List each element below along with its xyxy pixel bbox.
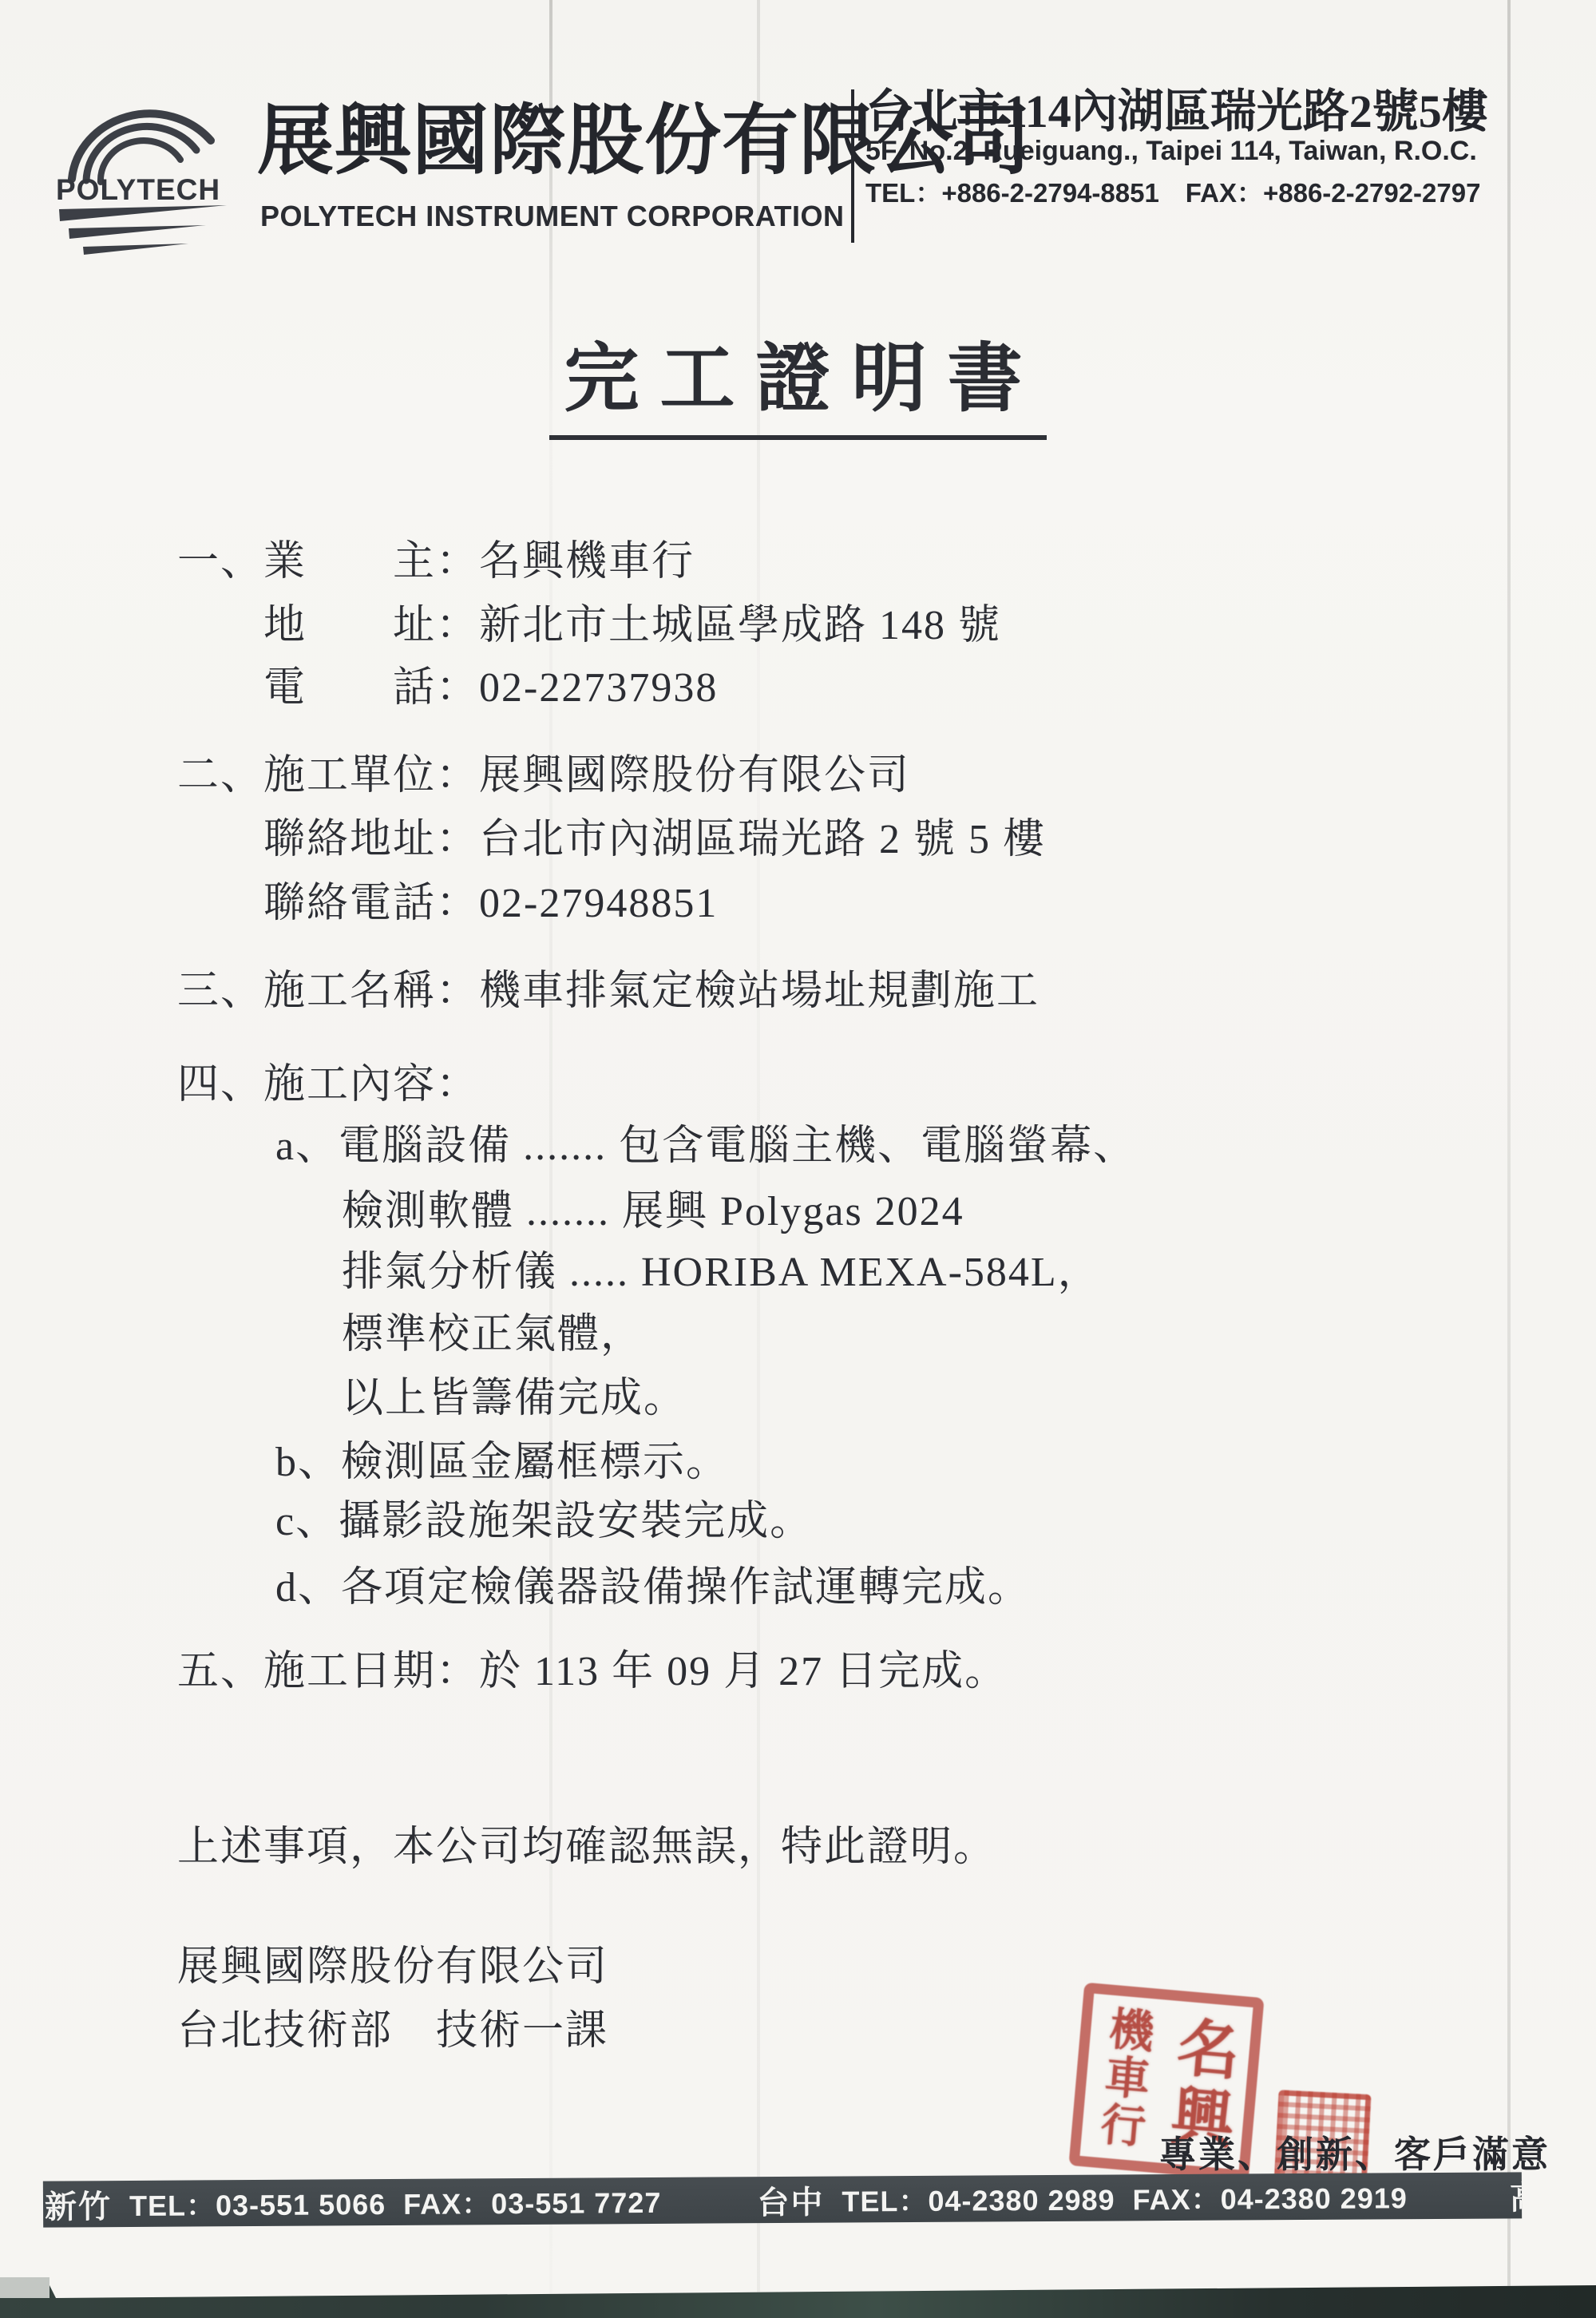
header-address-zh: 台北市114內湖區瑞光路2號5樓 — [865, 73, 1488, 141]
company-name-en: POLYTECH INSTRUMENT CORPORATION — [260, 200, 845, 233]
content-item-a4: 標準校正氣體， — [342, 1300, 644, 1360]
office-tel: TEL：04-2380 2989 — [842, 2177, 1115, 2220]
signature-company: 展興國際股份有限公司 — [177, 1932, 608, 1992]
content-item-c: c、攝影設施架設安裝完成。 — [275, 1487, 813, 1547]
office-fax: FAX：03-551 7727 — [403, 2180, 662, 2222]
content-item-d: d、各項定檢儀器設備操作試運轉完成。 — [275, 1553, 1031, 1613]
polytech-logo-icon: POLYTECH — [53, 102, 246, 256]
header-address-en: 5F, No.2, Rueiguang., Taipei 114, Taiwan… — [865, 136, 1477, 167]
office-hsinchu: 新竹 TEL：03-551 5066 FAX：03-551 7727 — [45, 2177, 662, 2227]
office-taichung: 台中 TEL：04-2380 2989 FAX：04-2380 2919 — [757, 2173, 1408, 2223]
document-title: 完工證明書 — [549, 318, 1046, 440]
field-owner: 一、業 主：名興機車行 — [177, 527, 695, 587]
content-item-a: a、電腦設備 ....... 包含電腦主機、電腦螢幕、 — [275, 1111, 1136, 1171]
title-row: 完工證明書 — [0, 318, 1596, 440]
office-city: 高雄 — [1510, 2172, 1523, 2218]
office-kaohsiung: 高雄 TEL：07-823 2225 FAX：07-823 2226 — [1510, 2172, 1523, 2218]
office-city: 新竹 — [45, 2181, 112, 2228]
field-contractor-phone: 聯絡電話：02-27948851 — [263, 869, 718, 929]
field-project-name: 三、施工名稱：機車排氣定檢站場址規劃施工 — [177, 957, 1040, 1016]
office-tel: TEL：03-551 5066 — [129, 2182, 386, 2225]
header-divider — [851, 89, 854, 243]
signature-department: 台北技術部 技術一課 — [177, 1996, 608, 2056]
confirmation-statement: 上述事項，本公司均確認無誤，特此證明。 — [177, 1813, 996, 1872]
underlying-sheet-edge — [0, 2277, 50, 2298]
office-fax: FAX：04-2380 2919 — [1132, 2176, 1408, 2218]
field-owner-address: 地 址：新北市土城區學成路 148 號 — [263, 591, 1001, 651]
content-item-a5: 以上皆籌備完成。 — [342, 1364, 687, 1424]
office-city: 台中 — [757, 2177, 824, 2223]
content-item-a2: 檢測軟體 ....... 展興 Polygas 2024 — [342, 1177, 964, 1237]
field-owner-phone: 電 話：02-22737938 — [263, 653, 718, 713]
content-item-b: b、檢測區金屬框標示。 — [275, 1428, 729, 1488]
company-slogan: 專業、創新、客戶滿意 — [1159, 2126, 1550, 2178]
field-content-heading: 四、施工內容： — [177, 1050, 479, 1110]
field-contractor-address: 聯絡地址：台北市內湖區瑞光路 2 號 5 樓 — [263, 805, 1046, 865]
content-item-a3: 排氣分析儀 ..... HORIBA MEXA-584L， — [342, 1238, 1101, 1298]
certificate-page: POLYTECH 展興國際股份有限公司 POLYTECH INSTRUMENT … — [0, 0, 1596, 2306]
footer-contact-bar: 新竹 TEL：03-551 5066 FAX：03-551 7727 台中 TE… — [43, 2172, 1522, 2227]
logo-wordmark: POLYTECH — [56, 173, 220, 206]
field-completion-date: 五、施工日期：於 113 年 09 月 27 日完成。 — [177, 1637, 1008, 1697]
scanned-document: POLYTECH 展興國際股份有限公司 POLYTECH INSTRUMENT … — [0, 0, 1596, 2318]
header-tel-fax: TEL：+886-2-2794-8851 FAX：+886-2-2792-279… — [865, 172, 1480, 210]
field-contractor: 二、施工單位：展興國際股份有限公司 — [177, 741, 910, 801]
